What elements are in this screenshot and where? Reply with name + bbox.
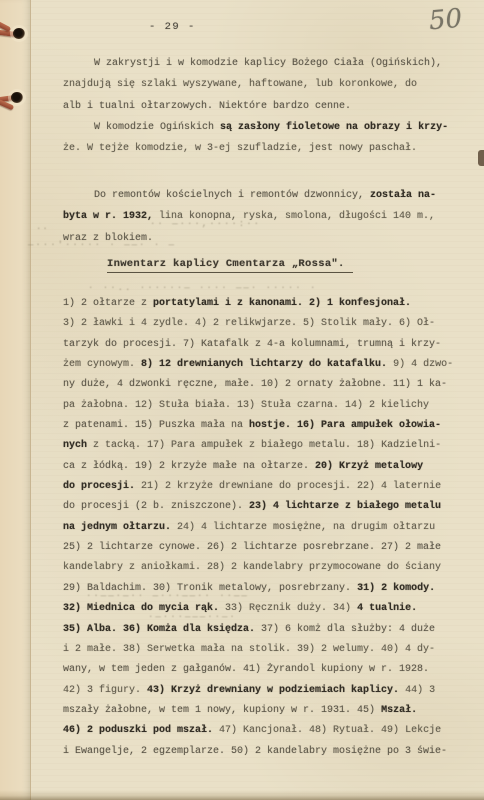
text-line: pa żałobna. 12) Stuła biała. 13) Stuła c… — [63, 396, 473, 416]
text-line: do procesji (2 b. zniszczone). 23) 4 lic… — [63, 497, 473, 517]
text-line: 25) 2 lichtarze cynowe. 26) 2 lichtarze … — [63, 538, 473, 558]
binding-stitch — [0, 86, 36, 116]
text-line: 3) 2 ławki i 4 zydle. 4) 2 relikwjarze. … — [63, 314, 473, 334]
bleed-through-text: · ··.. ······― ···· ――· ····· · — [88, 283, 317, 293]
edge-ink-mark — [478, 150, 484, 166]
bleed-through-text: ·· — [36, 224, 49, 234]
text-line: i 2 małe. 38) Serwetka mała na stolik. 3… — [63, 640, 473, 660]
paragraph-curtains: W komodzie Ogińskich są zasłony fioletow… — [63, 117, 473, 160]
text-line: tarzyk do procesji. 7) Katafalk z 4-a ko… — [63, 335, 473, 355]
binding-stitch — [0, 22, 36, 52]
page-bottom-edge — [0, 790, 484, 800]
bleed-through-text: ·· ―···,····:·· — [150, 219, 261, 229]
text-line: 32) Miednica do mycia rąk. 33) Ręcznik d… — [63, 599, 473, 619]
inventory-list: 1) 2 ołtarze z portatylami i z kanonami.… — [63, 294, 473, 762]
section-heading: Inwentarz kaplicy Cmentarza „Rossa". — [107, 258, 353, 273]
text-line: 46) 2 poduszki pod mszał. 47) Kancjonał.… — [63, 721, 473, 741]
text-line: 35) Alba. 36) Komża dla księdza. 37) 6 k… — [63, 620, 473, 640]
text-line: 42) 3 figury. 43) Krzyż drewniany w podz… — [63, 681, 473, 701]
text-line: ny duże, 4 dzwonki ręczne, małe. 10) 2 o… — [63, 375, 473, 395]
text-line: że. W tejże komodzie, w 3-ej szufladzie,… — [63, 138, 473, 159]
page-left-edge — [0, 0, 31, 800]
bleed-through-text: ·―···―――··―· — [148, 612, 237, 622]
bleed-through-text: ―···'····· · ――· · ― — [28, 240, 176, 250]
text-line: Do remontów kościelnych i remontów dzwon… — [63, 185, 473, 206]
text-line: W komodzie Ogińskich są zasłony fioletow… — [63, 117, 473, 138]
text-line: wany, w tem jeden z gałganów. 41) Żyrand… — [63, 660, 473, 680]
text-line: 1) 2 ołtarze z portatylami i z kanonami.… — [63, 294, 473, 314]
text-line: mszały żałobne, w tem 1 nowy, kupiony w … — [63, 701, 473, 721]
text-line: z patenami. 15) Puszka mała na hostje. 1… — [63, 416, 473, 436]
scanned-page: - 29 - 50 W zakrystji i w komodzie kapli… — [0, 0, 484, 800]
text-line: W zakrystji i w komodzie kaplicy Bożego … — [63, 53, 473, 74]
handwritten-folio-number: 50 — [428, 4, 464, 37]
text-line: kandelabry z aniołkami. 28) 2 kandelabry… — [63, 558, 473, 578]
text-line: do procesji. 21) 2 krzyże drewniane do p… — [63, 477, 473, 497]
binding-hole — [11, 92, 23, 103]
text-line: na jednym ołtarzu. 24) 4 lichtarze mosię… — [63, 518, 473, 538]
page-number: - 29 - — [149, 21, 196, 33]
text-line: nych z tacką. 17) Para ampułek z białego… — [63, 436, 473, 456]
text-line: znajdują się szlaki wyszywane, haftowane… — [63, 74, 473, 95]
text-line: żem cynowym. 8) 12 drewnianych lichtarzy… — [63, 355, 473, 375]
text-line: byta w r. 1932, lina konopna, ryska, smo… — [63, 206, 473, 227]
text-line: i Ewangelje, 2 egzemplarze. 50) 2 kandel… — [63, 742, 473, 762]
text-line: ca z łódką. 19) 2 krzyże małe na ołtarze… — [63, 457, 473, 477]
bleed-through-text: ··――·—·· ―···――·· ··―― — [86, 591, 249, 601]
text-line: alb i tualni ołtarzowych. Niektóre bardz… — [63, 96, 473, 117]
paragraph-sacristy: W zakrystji i w komodzie kaplicy Bożego … — [63, 53, 473, 117]
binding-hole — [13, 28, 25, 39]
